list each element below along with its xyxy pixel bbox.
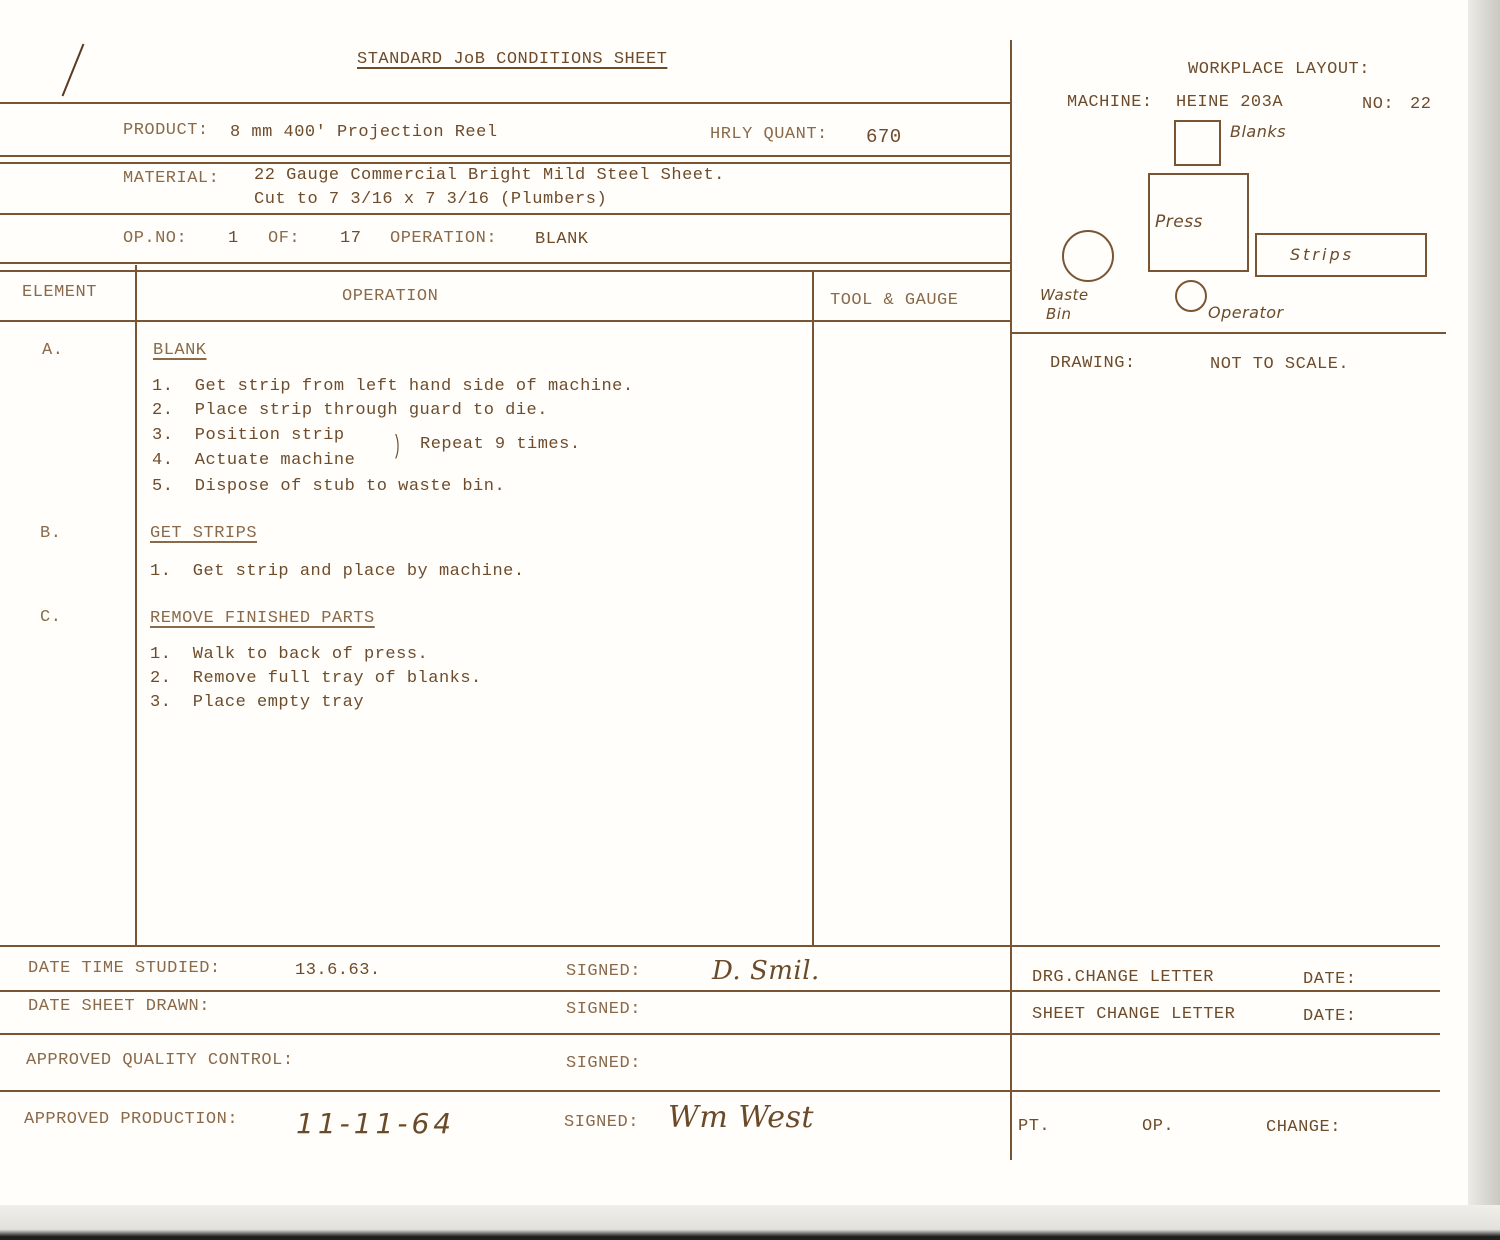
column-header-operation: OPERATION xyxy=(342,287,438,307)
rule xyxy=(0,945,1440,947)
material-line-1: 22 Gauge Commercial Bright Mild Steel Sh… xyxy=(254,166,725,186)
column-header-tool-gauge: TOOL & GAUGE xyxy=(830,291,958,311)
machine-value: HEINE 203A xyxy=(1176,93,1283,113)
operation-step: 3. Position strip xyxy=(152,426,345,446)
rule xyxy=(0,102,1010,104)
signature-time-study: D. Smil. xyxy=(712,956,820,986)
strips-label: Strips xyxy=(1290,245,1354,265)
operation-step: 1. Get strip from left hand side of mach… xyxy=(152,377,634,397)
operation-label: OPERATION: xyxy=(390,229,497,249)
signed-label: SIGNED: xyxy=(566,1000,641,1020)
operation-step: 2. Place strip through guard to die. xyxy=(152,401,548,421)
hourly-quantity-value: 670 xyxy=(866,127,902,147)
signed-label: SIGNED: xyxy=(566,962,641,982)
waste-bin-label-1: Waste xyxy=(1040,285,1089,305)
rule xyxy=(1010,332,1446,334)
date-time-studied-value: 13.6.63. xyxy=(295,961,381,981)
table-header-rule xyxy=(0,320,1010,322)
element-id: B. xyxy=(40,524,61,544)
rule xyxy=(0,262,1010,264)
material-label: MATERIAL: xyxy=(123,169,219,189)
of-value: 17 xyxy=(340,229,361,249)
operation-value: BLANK xyxy=(535,230,589,250)
operation-step: 3. Place empty tray xyxy=(150,693,364,713)
signature-production: Wm West xyxy=(668,1100,814,1136)
operation-step: 5. Dispose of stub to waste bin. xyxy=(152,477,505,497)
drawing-label: DRAWING: xyxy=(1050,354,1136,374)
rule xyxy=(0,270,1010,272)
paper-stack-edge-right xyxy=(1468,0,1500,1240)
main-vertical-divider xyxy=(1010,40,1012,1160)
operation-step: 2. Remove full tray of blanks. xyxy=(150,669,482,689)
element-id: A. xyxy=(42,341,63,361)
rule xyxy=(0,155,1010,157)
of-label: OF: xyxy=(268,229,300,249)
form-title: STANDARD JoB CONDITIONS SHEET xyxy=(357,50,667,70)
product-label: PRODUCT: xyxy=(123,121,209,141)
rule xyxy=(0,213,1010,215)
rule xyxy=(0,1090,1440,1092)
operator-shape xyxy=(1175,280,1207,312)
waste-bin-shape xyxy=(1062,230,1114,282)
rule xyxy=(0,1033,1440,1035)
date-sheet-drawn-label: DATE SHEET DRAWN: xyxy=(28,997,210,1017)
approved-production-label: APPROVED PRODUCTION: xyxy=(24,1110,238,1130)
element-heading: GET STRIPS xyxy=(150,524,257,544)
signed-label: SIGNED: xyxy=(566,1054,641,1074)
repeat-note: Repeat 9 times. xyxy=(420,435,581,455)
pt-label: PT. xyxy=(1018,1117,1050,1137)
machine-label: MACHINE: xyxy=(1067,93,1153,113)
repeat-bracket: ) xyxy=(393,424,401,468)
rule xyxy=(0,162,1010,164)
op-no-value: 1 xyxy=(228,229,239,249)
machine-no-label: NO: xyxy=(1362,95,1394,115)
element-id: C. xyxy=(40,608,61,628)
operation-step: 1. Walk to back of press. xyxy=(150,645,428,665)
material-line-2: Cut to 7 3/16 x 7 3/16 (Plumbers) xyxy=(254,190,607,210)
blanks-tray-shape xyxy=(1174,120,1221,166)
approved-production-date: 11-11-64 xyxy=(296,1108,455,1140)
drg-change-letter-label: DRG.CHANGE LETTER xyxy=(1032,968,1214,988)
product-value: 8 mm 400' Projection Reel xyxy=(230,123,498,143)
workplace-layout-title: WORKPLACE LAYOUT: xyxy=(1188,60,1370,80)
sheet-change-letter-label: SHEET CHANGE LETTER xyxy=(1032,1005,1235,1025)
machine-no-value: 22 xyxy=(1410,95,1431,115)
operator-label: Operator xyxy=(1208,303,1284,323)
paper-stack-edge-bottom xyxy=(0,1205,1500,1240)
operation-step: 1. Get strip and place by machine. xyxy=(150,562,525,582)
op-no-label: OP.NO: xyxy=(123,229,187,249)
element-heading: BLANK xyxy=(153,341,207,361)
column-divider xyxy=(135,265,137,945)
approved-quality-control-label: APPROVED QUALITY CONTROL: xyxy=(26,1051,294,1071)
date-time-studied-label: DATE TIME STUDIED: xyxy=(28,959,221,979)
column-divider xyxy=(812,270,814,945)
hourly-quantity-label: HRLY QUANT: xyxy=(710,125,828,145)
drg-change-date-label: DATE: xyxy=(1303,970,1357,990)
blanks-label: Blanks xyxy=(1230,122,1286,142)
element-heading: REMOVE FINISHED PARTS xyxy=(150,609,375,629)
change-label: CHANGE: xyxy=(1266,1118,1341,1138)
operation-step: 4. Actuate machine xyxy=(152,451,355,471)
rule xyxy=(0,990,1440,992)
signed-label: SIGNED: xyxy=(564,1113,639,1133)
drawing-scale-note: NOT TO SCALE. xyxy=(1210,355,1349,375)
waste-bin-label-2: Bin xyxy=(1046,304,1071,324)
op-label: OP. xyxy=(1142,1117,1174,1137)
sheet-change-date-label: DATE: xyxy=(1303,1007,1357,1027)
press-label: Press xyxy=(1155,212,1203,232)
column-header-element: ELEMENT xyxy=(22,283,97,303)
